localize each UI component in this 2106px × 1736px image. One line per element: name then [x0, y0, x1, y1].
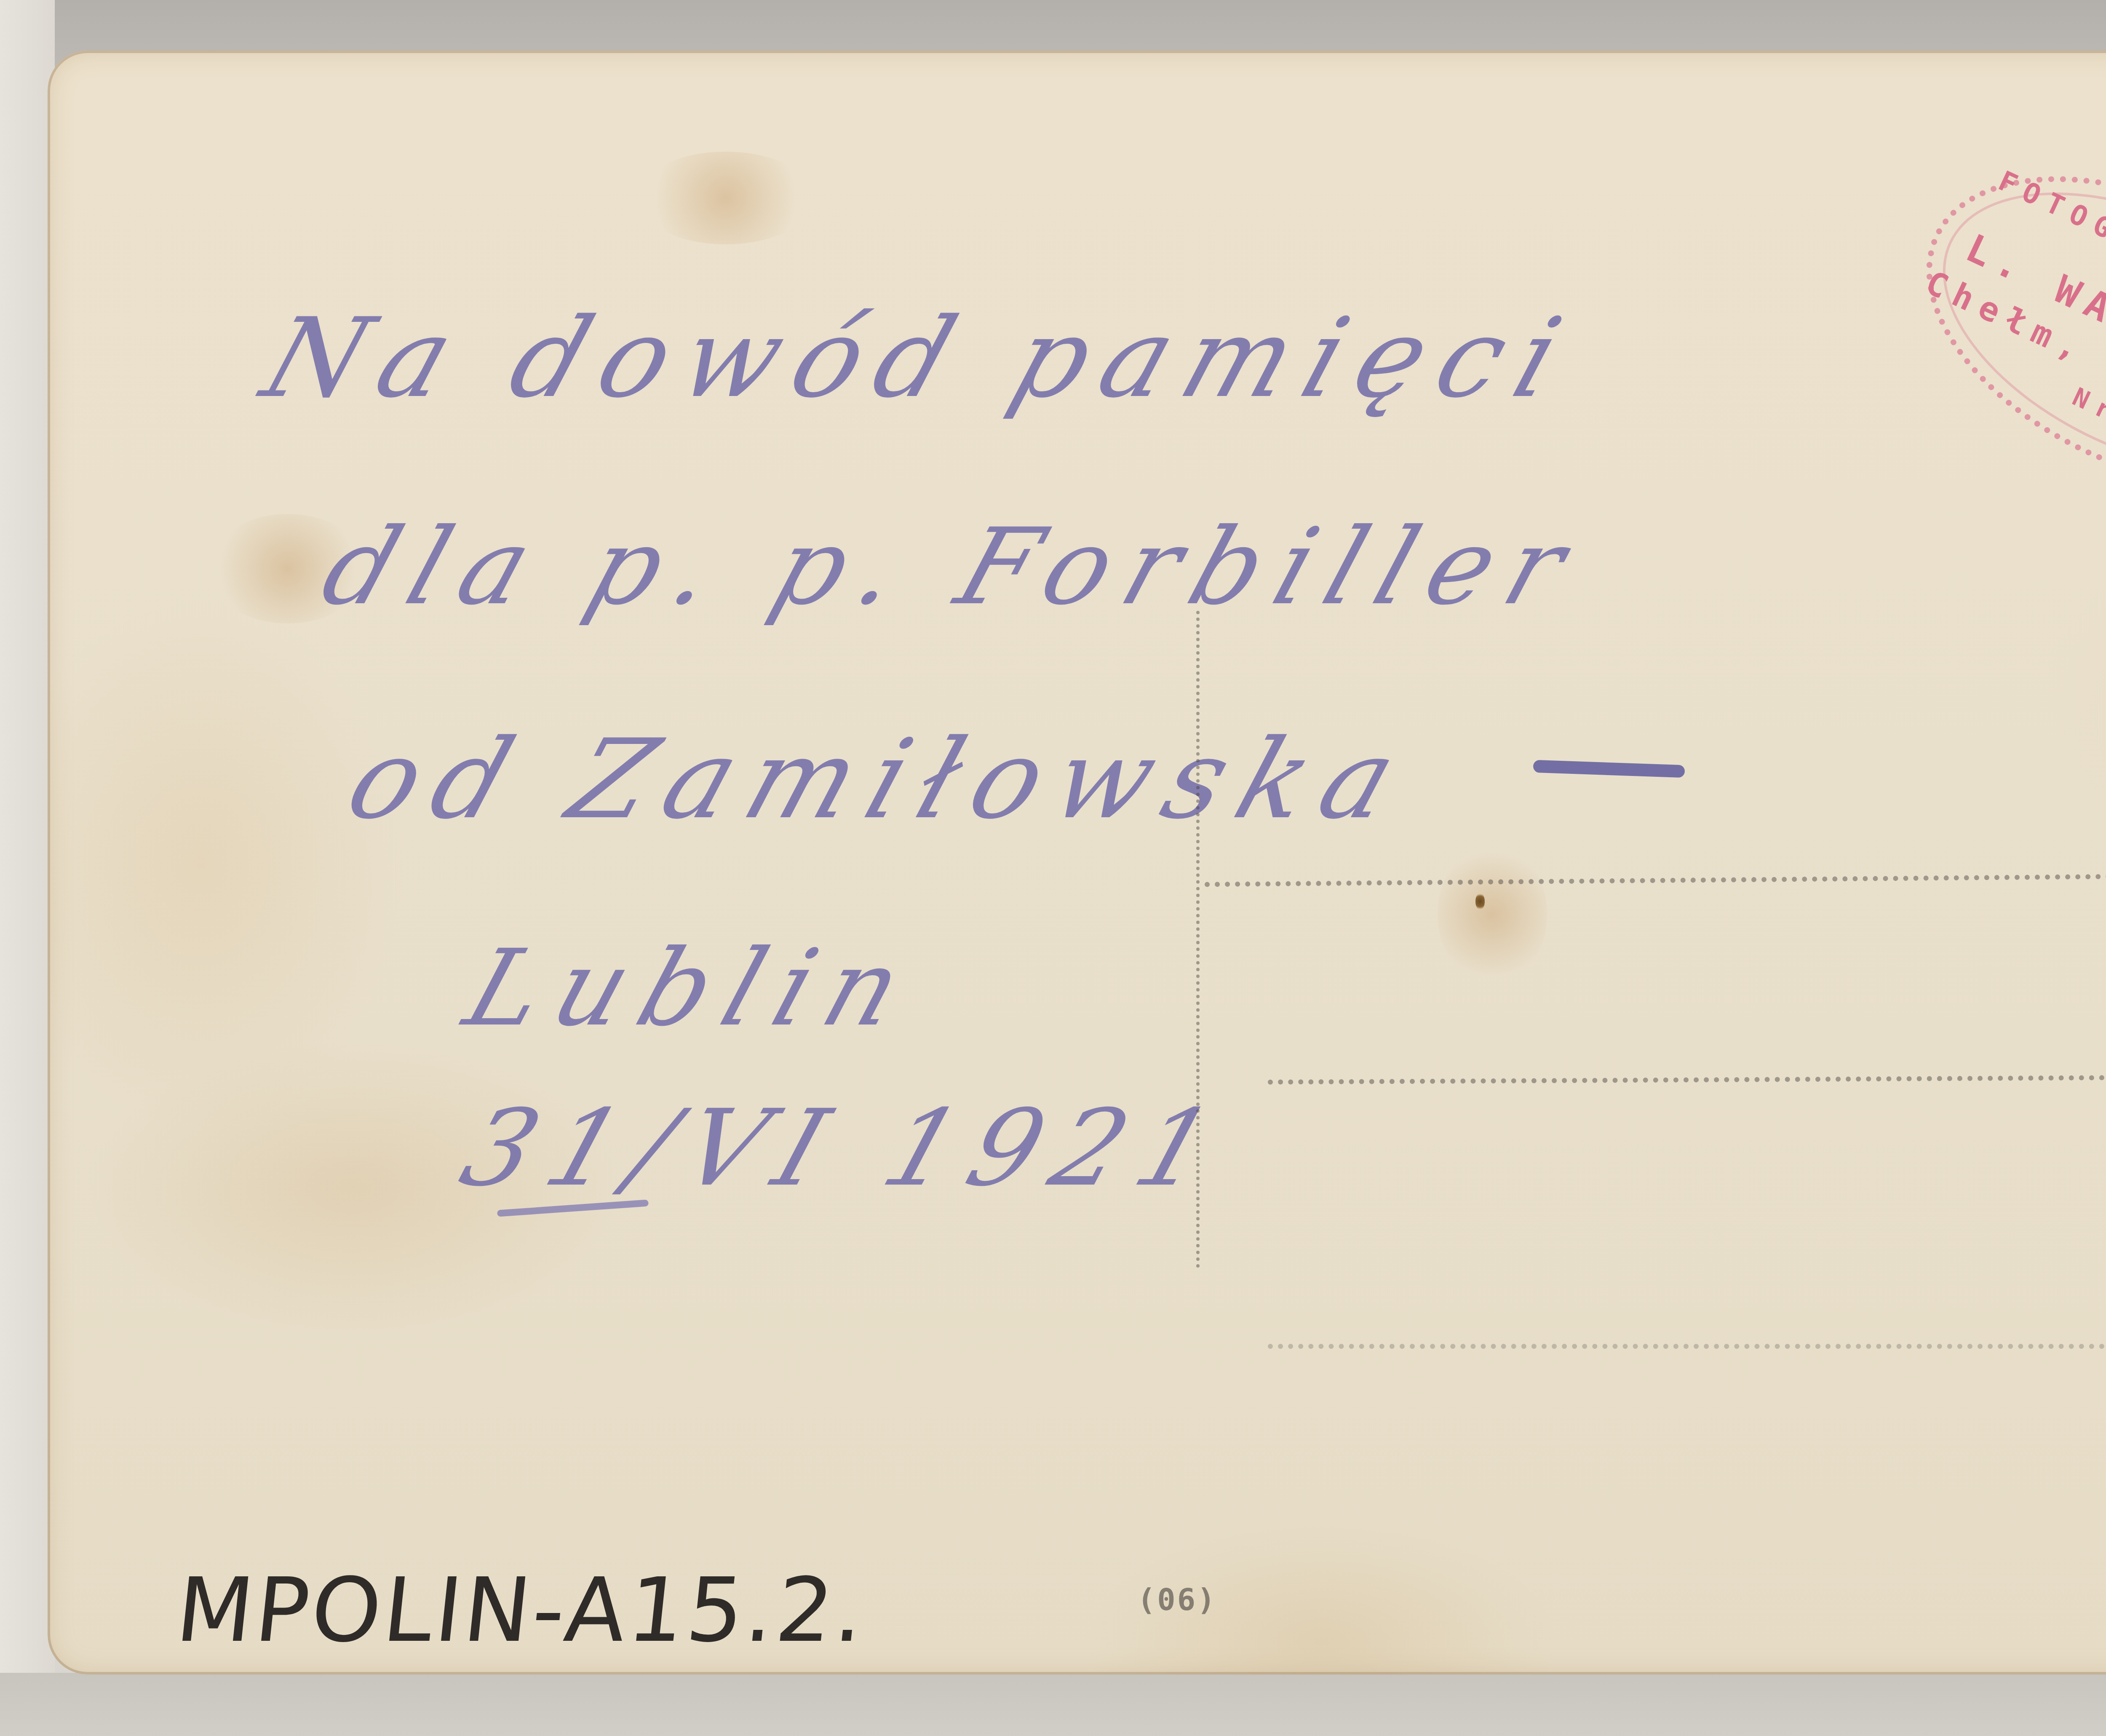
foxing-stain — [1438, 843, 1547, 986]
handwritten-date: 31/VI 1921 — [448, 1087, 1245, 1209]
address-line — [1268, 1344, 2106, 1349]
postcard-center-divider — [1196, 611, 1200, 1268]
print-number: (06) — [1137, 1582, 1217, 1617]
handwritten-place: Lublin — [452, 927, 933, 1049]
scan-background-bottom — [0, 1673, 2106, 1736]
foxing-stain — [637, 152, 814, 244]
archive-catalog-number: MPOLIN-A15.2. — [171, 1559, 871, 1662]
scan-background-left — [0, 0, 55, 1736]
handwritten-signature: od Zamiłowska — [333, 716, 1427, 843]
handwritten-dedication-line2: dla p. p. Forbiller — [309, 506, 1597, 628]
handwritten-dedication-line1: Na dowód pamięci — [249, 295, 1592, 422]
ink-spot — [1475, 893, 1485, 910]
postcard-back — [48, 51, 2106, 1674]
